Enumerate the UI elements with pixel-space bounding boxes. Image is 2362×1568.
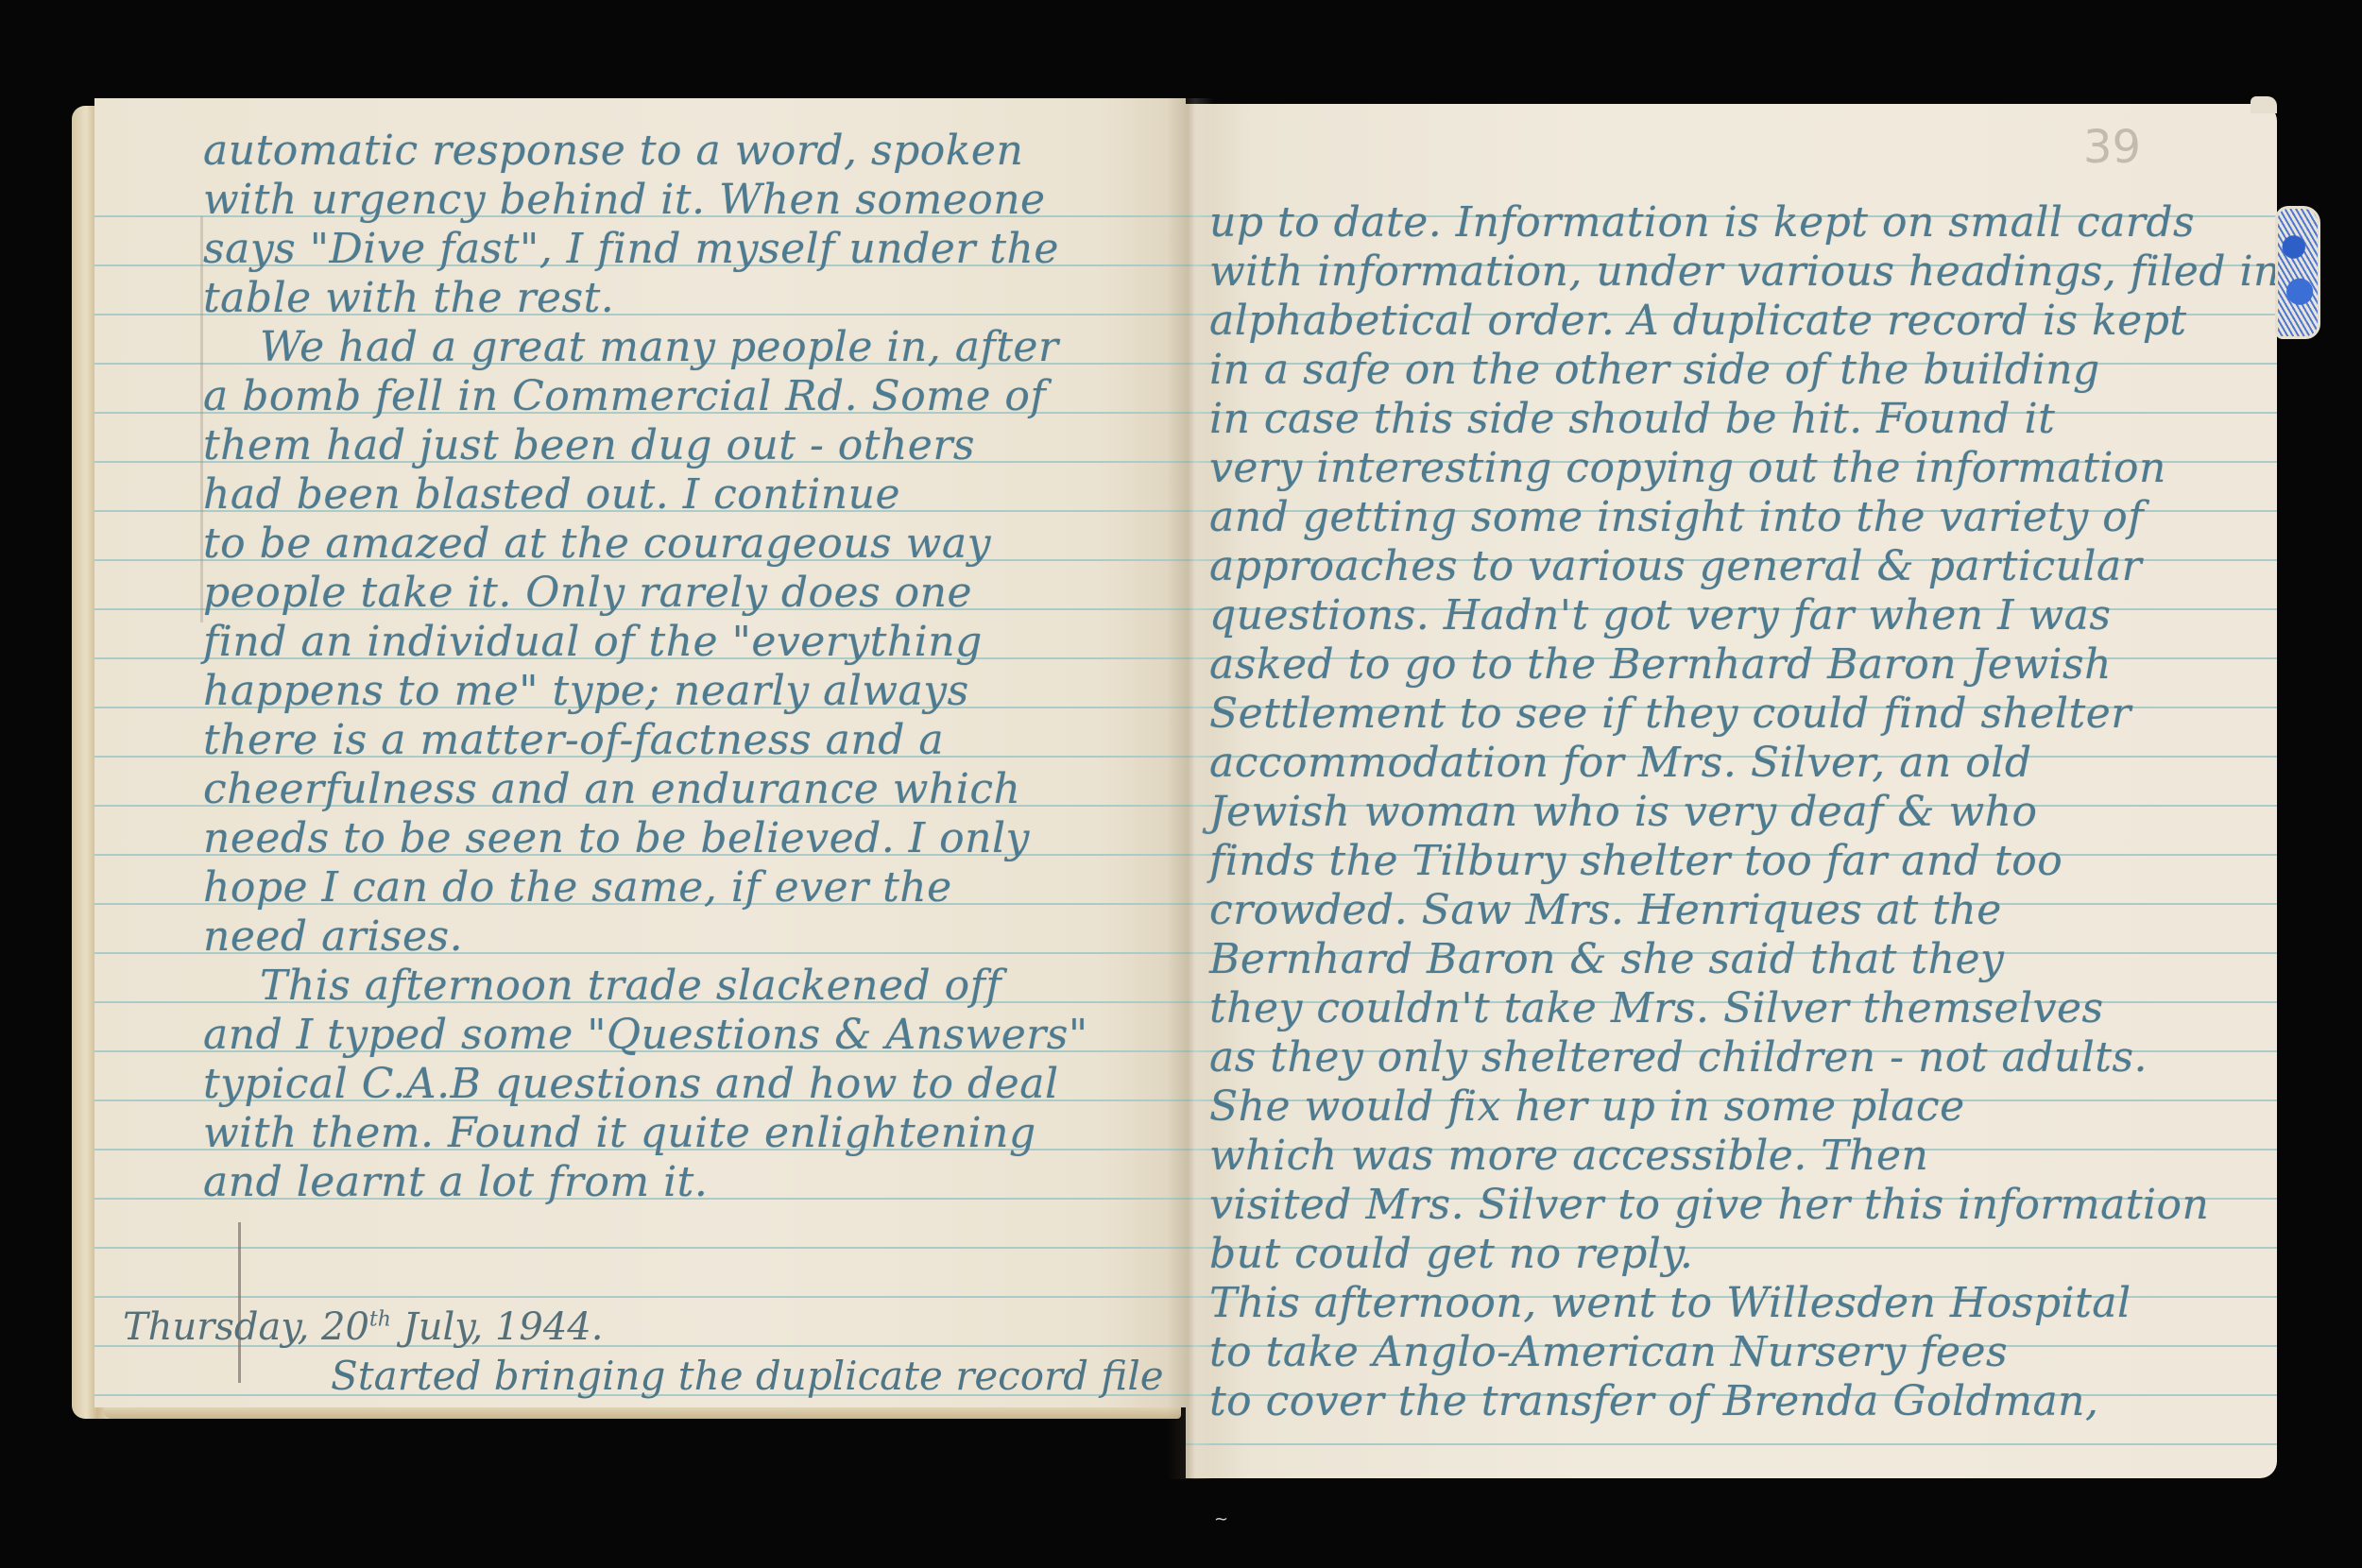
text-line: crowded. Saw Mrs. Henriques at the	[1209, 886, 2277, 935]
text-line: which was more accessible. Then	[1209, 1132, 2277, 1181]
date-day: Thursday, 20	[123, 1305, 369, 1349]
text-line: finds the Tilbury shelter too far and to…	[1209, 837, 2277, 886]
text-line: cheerfulness and an endurance which	[203, 765, 1088, 814]
left-page-text: automatic response to a word, spoken wit…	[203, 127, 1088, 1207]
text-line: in a safe on the other side of the build…	[1209, 346, 2277, 395]
text-line: and getting some insight into the variet…	[1209, 493, 2277, 542]
blue-patterned-tab-icon	[2275, 206, 2320, 339]
text-line: with them. Found it quite enlightening	[203, 1109, 1088, 1158]
text-line: in case this side should be hit. Found i…	[1209, 395, 2277, 444]
fiber-speck: ~	[1214, 1509, 1228, 1529]
text-line: typical C.A.B questions and how to deal	[203, 1060, 1088, 1109]
pencil-page-number: 39	[2083, 121, 2141, 174]
text-line: a bomb fell in Commercial Rd. Some of	[203, 372, 1088, 421]
text-line: find an individual of the "everything	[203, 618, 1088, 667]
text-line: questions. Hadn't got very far when I wa…	[1209, 591, 2277, 640]
text-line: as they only sheltered children - not ad…	[1209, 1033, 2277, 1082]
text-line: She would fix her up in some place	[1209, 1082, 2277, 1132]
page-corner-fold	[2251, 96, 2277, 113]
right-page: 39 up to date. Information is kept on sm…	[1186, 104, 2277, 1478]
left-page: automatic response to a word, spoken wit…	[94, 98, 1186, 1407]
text-line: to be amazed at the courageous way	[203, 520, 1088, 569]
text-line: there is a matter-of-factness and a	[203, 716, 1088, 765]
date-ordinal: th	[369, 1308, 391, 1332]
text-line: happens to me" type; nearly always	[203, 667, 1088, 716]
text-line: people take it. Only rarely does one	[203, 569, 1088, 618]
text-line: with urgency behind it. When someone	[203, 176, 1088, 225]
text-line: This afternoon, went to Willesden Hospit…	[1209, 1279, 2277, 1328]
text-line: and learnt a lot from it.	[203, 1158, 1088, 1207]
text-line: but could get no reply.	[1209, 1230, 2277, 1279]
entry-first-line: Started bringing the duplicate record fi…	[331, 1353, 1164, 1399]
text-line: to take Anglo-American Nursery fees	[1209, 1328, 2277, 1377]
text-line: visited Mrs. Silver to give her this inf…	[1209, 1181, 2277, 1230]
text-line: accommodation for Mrs. Silver, an old	[1209, 739, 2277, 788]
text-line: says "Dive fast", I find myself under th…	[203, 225, 1088, 274]
text-line: This afternoon trade slackened off	[203, 962, 1088, 1011]
pencil-margin-bracket-icon	[238, 1222, 241, 1383]
page-edge-stack-bottom	[104, 1406, 1181, 1419]
text-line: need arises.	[203, 912, 1088, 962]
text-line: Settlement to see if they could find she…	[1209, 690, 2277, 739]
text-line: alphabetical order. A duplicate record i…	[1209, 297, 2277, 346]
text-line: they couldn't take Mrs. Silver themselve…	[1209, 984, 2277, 1033]
text-line: hope I can do the same, if ever the	[203, 863, 1088, 912]
text-line: to cover the transfer of Brenda Goldman,	[1209, 1377, 2277, 1426]
text-line: up to date. Information is kept on small…	[1209, 198, 2277, 247]
text-line: and I typed some "Questions & Answers"	[203, 1011, 1088, 1060]
text-line: We had a great many people in, after	[203, 323, 1088, 372]
notebook-spread: automatic response to a word, spoken wit…	[0, 0, 2362, 1568]
text-line: Jewish woman who is very deaf & who	[1209, 788, 2277, 837]
text-line: with information, under various headings…	[1209, 247, 2277, 297]
date-month-year: July, 1944.	[403, 1305, 604, 1349]
text-line: had been blasted out. I continue	[203, 470, 1088, 520]
text-line: needs to be seen to be believed. I only	[203, 814, 1088, 863]
text-line: approaches to various general & particul…	[1209, 542, 2277, 591]
text-line: automatic response to a word, spoken	[203, 127, 1088, 176]
right-page-text: up to date. Information is kept on small…	[1209, 198, 2277, 1426]
text-line: Bernhard Baron & she said that they	[1209, 935, 2277, 984]
text-line: very interesting copying out the informa…	[1209, 444, 2277, 493]
diary-date-heading: Thursday, 20th July, 1944.	[123, 1305, 603, 1349]
text-line: them had just been dug out - others	[203, 421, 1088, 470]
text-line: table with the rest.	[203, 274, 1088, 323]
text-line: asked to go to the Bernhard Baron Jewish	[1209, 640, 2277, 690]
